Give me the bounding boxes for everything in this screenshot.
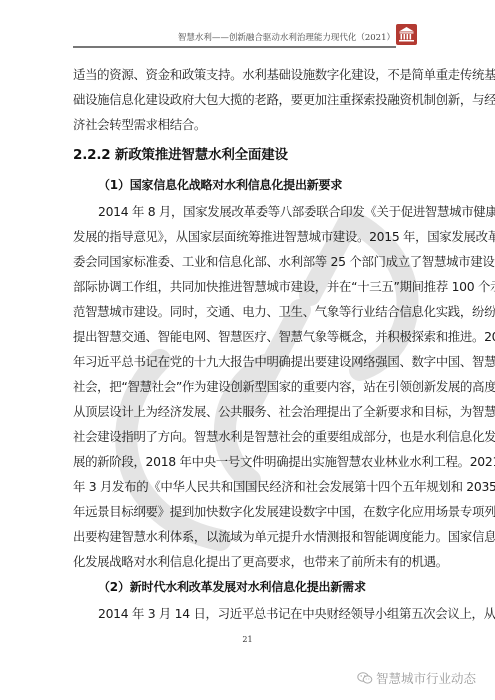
paragraph-line: 提出智慧交通、智能电网、智慧医疗、智慧气象等概念，并积极探索和推进。2017	[73, 324, 423, 349]
paragraph-line: 社会，把“智慧社会”作为建设创新型国家的重要内容，站在引领创新发展的高度，	[73, 374, 423, 399]
paragraph-line: 展的新阶段，2018 年中央一号文件明确提出实施智慧农业林业水利工程。2021	[73, 449, 423, 474]
page-header: 智慧水利——创新融合驱动水利治理能力现代化（2021）	[73, 27, 395, 47]
document-body: 适当的资源、资金和政策支持。水利基础设施数字化建设，不是简单重走传统基 础设施信…	[73, 62, 423, 626]
paragraph-line: 从顶层设计上为经济发展、公共服务、社会治理提出了全新要求和目标，为智慧	[73, 399, 423, 424]
paragraph-line: 年习近平总书记在党的十九大报告中明确提出要建设网络强国、数字中国、智慧	[73, 349, 423, 374]
header-divider	[73, 46, 396, 48]
paragraph-line: 部际协调工作组，共同加快推进智慧城市建设，并在“十三五”期间推荐 100 个示	[73, 274, 423, 299]
paragraph-line: 出要构建智慧水利体系，以流域为单元提升水情测报和智能调度能力。国家信息	[73, 524, 423, 549]
section-heading: 2.2.2 新政策推进智慧水利全面建设	[73, 139, 423, 172]
footer-brand: 智慧城市行业动态	[357, 669, 476, 688]
paragraph-line: 2014 年 8 月，国家发展改革委等八部委联合印发《关于促进智慧城市健康	[73, 199, 423, 224]
wechat-icon	[357, 671, 373, 688]
paragraph-line: 础设施信息化建设政府大包大揽的老路，要更加注重探索投融资机制创新，与经	[73, 87, 423, 112]
paragraph-line: 济社会转型需求相结合。	[73, 112, 423, 137]
paragraph-line: 委会同国家标准委、工业和信息化部、水利部等 25 个部门成立了智慧城市建设	[73, 249, 423, 274]
header-title: 智慧水利——创新融合驱动水利治理能力现代化（2021）	[178, 31, 395, 43]
paragraph-line: 化发展战略对水利信息化提出了更高要求，也带来了前所未有的机遇。	[73, 549, 423, 574]
paragraph-line: 社会建设指明了方向。智慧水利是智慧社会的重要组成部分，也是水利信息化发	[73, 424, 423, 449]
paragraph-line: 发展的指导意见》，从国家层面统筹推进智慧城市建设。2015 年，国家发展改革	[73, 224, 423, 249]
paragraph-line: 2014 年 3 月 14 日，习近平总书记在中央财经领导小组第五次会议上，从全	[73, 601, 423, 626]
institution-building-icon	[396, 24, 417, 45]
paragraph-line: 适当的资源、资金和政策支持。水利基础设施数字化建设，不是简单重走传统基	[73, 62, 423, 87]
paragraph-line: 年 3 月发布的《中华人民共和国国民经济和社会发展第十四个五年规划和 2035	[73, 474, 423, 499]
paragraph-line: 年远景目标纲要》提到加快数字化发展建设数字中国，在数字化应用场景专项列	[73, 499, 423, 524]
footer-brand-text: 智慧城市行业动态	[376, 671, 476, 686]
subsection-heading-2: （2）新时代水利改革发展对水利信息化提出新需求	[73, 574, 423, 601]
page-number: 21	[0, 635, 495, 644]
paragraph-line: 范智慧城市建设。同时，交通、电力、卫生、气象等行业结合信息化实践，纷纷	[73, 299, 423, 324]
subsection-heading-1: （1）国家信息化战略对水利信息化提出新要求	[73, 172, 423, 199]
